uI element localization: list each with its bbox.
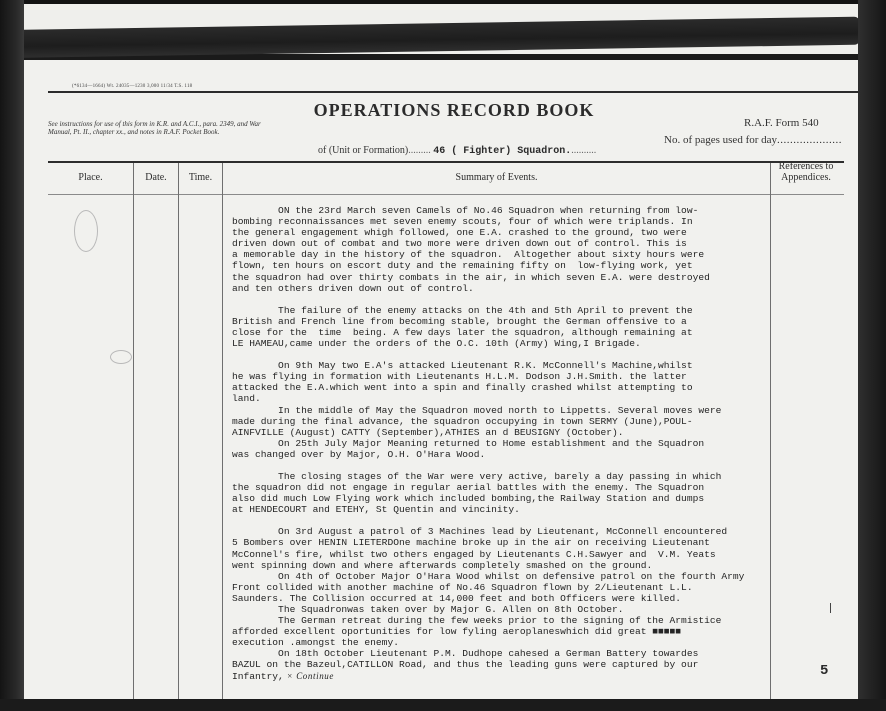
summary-line: land. — [232, 393, 261, 404]
summary-line: The German retreat during the few weeks … — [232, 615, 721, 626]
summary-line: The Squadronwas taken over by Major G. A… — [232, 604, 624, 615]
column-header-date: Date. — [134, 172, 178, 183]
summary-line: 5 Bombers over HENIN LIETERDOne machine … — [232, 537, 710, 548]
summary-line: bombing reconnaissances met seven enemy … — [232, 216, 693, 227]
pages-used-label: No. of pages used for day — [664, 134, 777, 146]
handwritten-continue-note: × Continue — [284, 671, 334, 681]
summary-line: driven down out of combat and two more w… — [232, 238, 687, 249]
summary-line: Infantry, — [232, 671, 284, 682]
unit-field: of (Unit or Formation)......... 46 ( Fig… — [318, 145, 596, 157]
book-spine-edge — [0, 0, 24, 711]
summary-line: On 18th October Lieutenant P.M. Dudhope … — [232, 648, 698, 659]
summary-line: afforded excellent oportunities for low … — [232, 626, 681, 637]
summary-line: close for the time being. A few days lat… — [232, 327, 693, 338]
summary-line: went spinning down and where afterwards … — [232, 560, 652, 571]
summary-line: execution .amongst the enemy. — [232, 637, 399, 648]
summary-line: The failure of the enemy attacks on the … — [232, 305, 693, 316]
column-divider-place — [133, 163, 134, 701]
summary-line: In the middle of May the Squadron moved … — [232, 405, 721, 416]
unit-dotted-trailer: .......... — [571, 145, 596, 156]
scan-right-edge — [858, 0, 886, 711]
summary-line: Saunders. The Collision occurred at 14,0… — [232, 593, 681, 604]
form-number: R.A.F. Form 540 — [744, 117, 819, 129]
pencil-squiggle — [74, 210, 98, 252]
summary-line: he was flying in formation with Lieutena… — [232, 371, 687, 382]
summary-line: On 3rd August a patrol of 3 Machines lea… — [232, 526, 727, 537]
summary-line: flown, ten hours on escort duty and the … — [232, 260, 693, 271]
summary-line: Front collided with another machine of N… — [232, 582, 693, 593]
record-page: (*6134—1664) Wt. 24035—1230 3,000 11/34 … — [24, 60, 858, 701]
margin-pencil-tick — [830, 603, 831, 613]
summary-line: British and French line from becoming st… — [232, 316, 687, 327]
column-divider-time — [222, 163, 223, 701]
column-header-time: Time. — [179, 172, 222, 183]
summary-line: On 4th of October Major O'Hara Wood whil… — [232, 571, 744, 582]
summary-of-events: ON the 23rd March seven Camels of No.46 … — [232, 205, 792, 682]
page-number: 5 — [820, 663, 828, 679]
summary-line: the squadron had over thirty combats in … — [232, 272, 710, 283]
summary-line: and ten others driven down out of contro… — [232, 283, 474, 294]
column-header-place: Place. — [48, 172, 133, 183]
column-divider-date — [178, 163, 179, 701]
pencil-squiggle — [110, 350, 132, 364]
pages-used-dotted-line: .................... — [777, 134, 842, 146]
summary-paragraph: ON the 23rd March seven Camels of No.46 … — [232, 205, 792, 294]
column-header-summary: Summary of Events. — [223, 172, 770, 183]
table-header-rule — [48, 194, 844, 195]
summary-line: LE HAMEAU,came under the orders of the O… — [232, 338, 641, 349]
summary-paragraph: The closing stages of the War were very … — [232, 471, 792, 515]
summary-line: at HENDECOURT and ETEHY, St Quentin and … — [232, 504, 520, 515]
unit-dotted-leader: ......... — [408, 145, 431, 156]
summary-line: a memorable day in the history of the sq… — [232, 249, 704, 260]
summary-line: On 9th May two E.A's attacked Lieutenant… — [232, 360, 693, 371]
summary-line: the general engagement whigh followed, o… — [232, 227, 687, 238]
summary-line: The closing stages of the War were very … — [232, 471, 721, 482]
pages-used-field: No. of pages used for day...............… — [664, 134, 842, 146]
summary-line: ON the 23rd March seven Camels of No.46 … — [232, 205, 698, 216]
summary-line: the squadron did not engage in regular a… — [232, 482, 704, 493]
printer-imprint-rule: (*6134—1664) Wt. 24035—1230 3,000 11/34 … — [48, 84, 858, 93]
printer-imprint: (*6134—1664) Wt. 24035—1230 3,000 11/34 … — [48, 84, 192, 89]
summary-line: made during the final advance, the squad… — [232, 416, 693, 427]
unit-value: 46 ( Fighter) Squadron. — [433, 146, 571, 157]
table-top-rule — [48, 161, 844, 163]
summary-line: also did much Low Flying work which incl… — [232, 493, 704, 504]
page-title: OPERATIONS RECORD BOOK — [294, 100, 614, 121]
unit-label: of (Unit or Formation) — [318, 145, 408, 156]
summary-line: was changed over by Major, O.H. O'Hara W… — [232, 449, 485, 460]
summary-line: AINFVILLE (August) CATTY (September),ATH… — [232, 427, 624, 438]
summary-paragraph: On 9th May two E.A's attacked Lieutenant… — [232, 360, 792, 460]
form-instructions: See instructions for use of this form in… — [48, 120, 278, 136]
summary-line: BAZUL on the Bazeul,CATILLON Road, and t… — [232, 659, 698, 670]
summary-line: attacked the E.A.which went into a spin … — [232, 382, 693, 393]
column-header-references: References to Appendices. — [771, 161, 841, 183]
summary-line: McConnel's fire, whilst two others engag… — [232, 549, 716, 560]
summary-line: On 25th July Major Meaning returned to H… — [232, 438, 704, 449]
summary-paragraph: The failure of the enemy attacks on the … — [232, 305, 792, 349]
summary-paragraph: On 3rd August a patrol of 3 Machines lea… — [232, 526, 792, 681]
scan-bottom-edge — [0, 699, 886, 711]
